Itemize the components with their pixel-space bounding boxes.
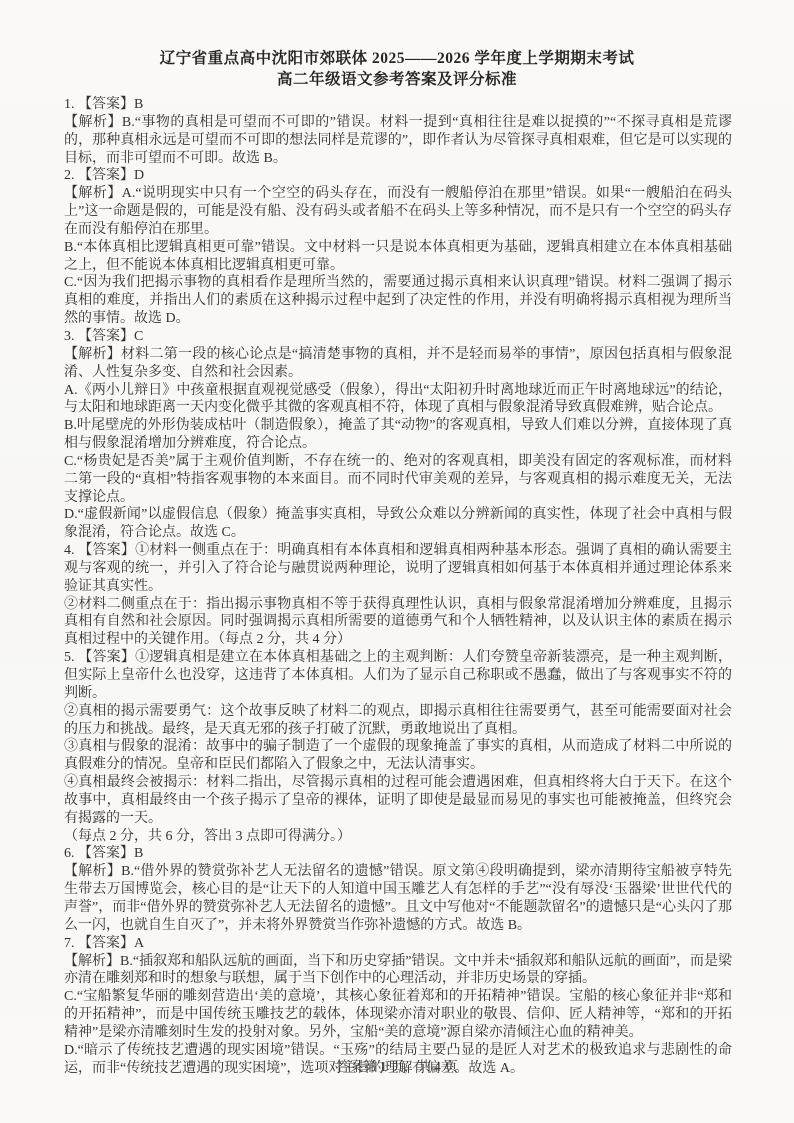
answer-paragraph: 【解析】B.“借外界的赞赏弥补艺人无法留名的遗憾”错误。原文第④段明确提到，梁亦… <box>64 863 732 934</box>
answer-paragraph: B.叶尾壁虎的外形伪装成枯叶（制造假象），掩盖了其“动物”的客观真相，导致人们难… <box>64 417 732 453</box>
answer-paragraph: 7. 【答案】A <box>64 935 732 953</box>
answer-paragraph: ②材料二侧重点在于：指出揭示事物真相不等于获得真理性认识，真相与假象常混淆增加分… <box>64 596 732 650</box>
answer-content: 1. 【答案】B【解析】B.“事物的真相是可望而不可即的”错误。材料一提到“真相… <box>64 96 732 1077</box>
answer-paragraph: C.“杨贵妃是否美”属于主观价值判断，不存在统一的、绝对的客观真相，即美没有固定… <box>64 453 732 507</box>
answer-paragraph: ③真相与假象的混淆：故事中的骗子制造了一个虚假的现象掩盖了事实的真相，从而造成了… <box>64 738 732 774</box>
answer-paragraph: ④真相最终会被揭示：材料二指出，尽管揭示真相的过程可能会遭遇困难，但真相终将大白… <box>64 774 732 828</box>
answer-paragraph: 1. 【答案】B <box>64 96 732 114</box>
exam-title: 辽宁省重点高中沈阳市郊联体 2025——2026 学年度上学期期末考试 <box>0 48 794 69</box>
answer-paragraph: 【解析】材料二第一段的核心论点是“搞清楚事物的真相，并不是轻而易举的事情”，原因… <box>64 346 732 382</box>
document-header: 辽宁省重点高中沈阳市郊联体 2025——2026 学年度上学期期末考试 高二年级… <box>0 0 794 90</box>
answer-paragraph: ②真相的揭示需要勇气：这个故事反映了材料二的观点，即揭示真相往往需要勇气，甚至可… <box>64 703 732 739</box>
answer-paragraph: 【解析】A.“说明现实中只有一个空空的码头存在，而没有一艘船停泊在那里”错误。如… <box>64 185 732 239</box>
answer-paragraph: 4. 【答案】①材料一侧重点在于：明确真相有本体真相和逻辑真相两种基本形态。强调… <box>64 542 732 596</box>
answer-paragraph: 2. 【答案】D <box>64 167 732 185</box>
answer-paragraph: 6. 【答案】B <box>64 845 732 863</box>
answer-paragraph: （每点 2 分，共 6 分，答出 3 点即可得满分。） <box>64 828 732 846</box>
answer-paragraph: B.“本体真相比逻辑真相更可靠”错误。文中材料一只是说本体真相更为基础，逻辑真相… <box>64 239 732 275</box>
answer-paragraph: 3. 【答案】C <box>64 328 732 346</box>
answer-paragraph: C.“因为我们把揭示事物的真相看作是理所当然的，需要通过揭示真相来认识真理”错误… <box>64 274 732 328</box>
answer-paragraph: C.“宝船繁复华丽的雕刻营造出‘美的意境’，其核心象征着郑和的开拓精神”错误。宝… <box>64 988 732 1042</box>
answer-key-subtitle: 高二年级语文参考答案及评分标准 <box>0 69 794 90</box>
page-footer: 答案第 1 页，共 4 页 <box>0 1055 794 1075</box>
answer-paragraph: 【解析】B.“事物的真相是可望而不可即的”错误。材料一提到“真相往往是难以捉摸的… <box>64 114 732 168</box>
answer-paragraph: A.《两小儿辩日》中孩童根据直观视觉感受（假象），得出“太阳初升时离地球近而正午… <box>64 382 732 418</box>
answer-paragraph: 5. 【答案】①逻辑真相是建立在本体真相基础之上的主观判断：人们夸赞皇帝新装漂亮… <box>64 649 732 703</box>
scanned-answer-key-page: 辽宁省重点高中沈阳市郊联体 2025——2026 学年度上学期期末考试 高二年级… <box>0 0 794 1123</box>
answer-paragraph: 【解析】B.“插叙郑和船队远航的画面，当下和历史穿插”错误。文中并未“插叙郑和船… <box>64 953 732 989</box>
answer-paragraph: D.“虚假新闻”以虚假信息（假象）掩盖事实真相，导致公众难以分辨新闻的真实性，体… <box>64 506 732 542</box>
